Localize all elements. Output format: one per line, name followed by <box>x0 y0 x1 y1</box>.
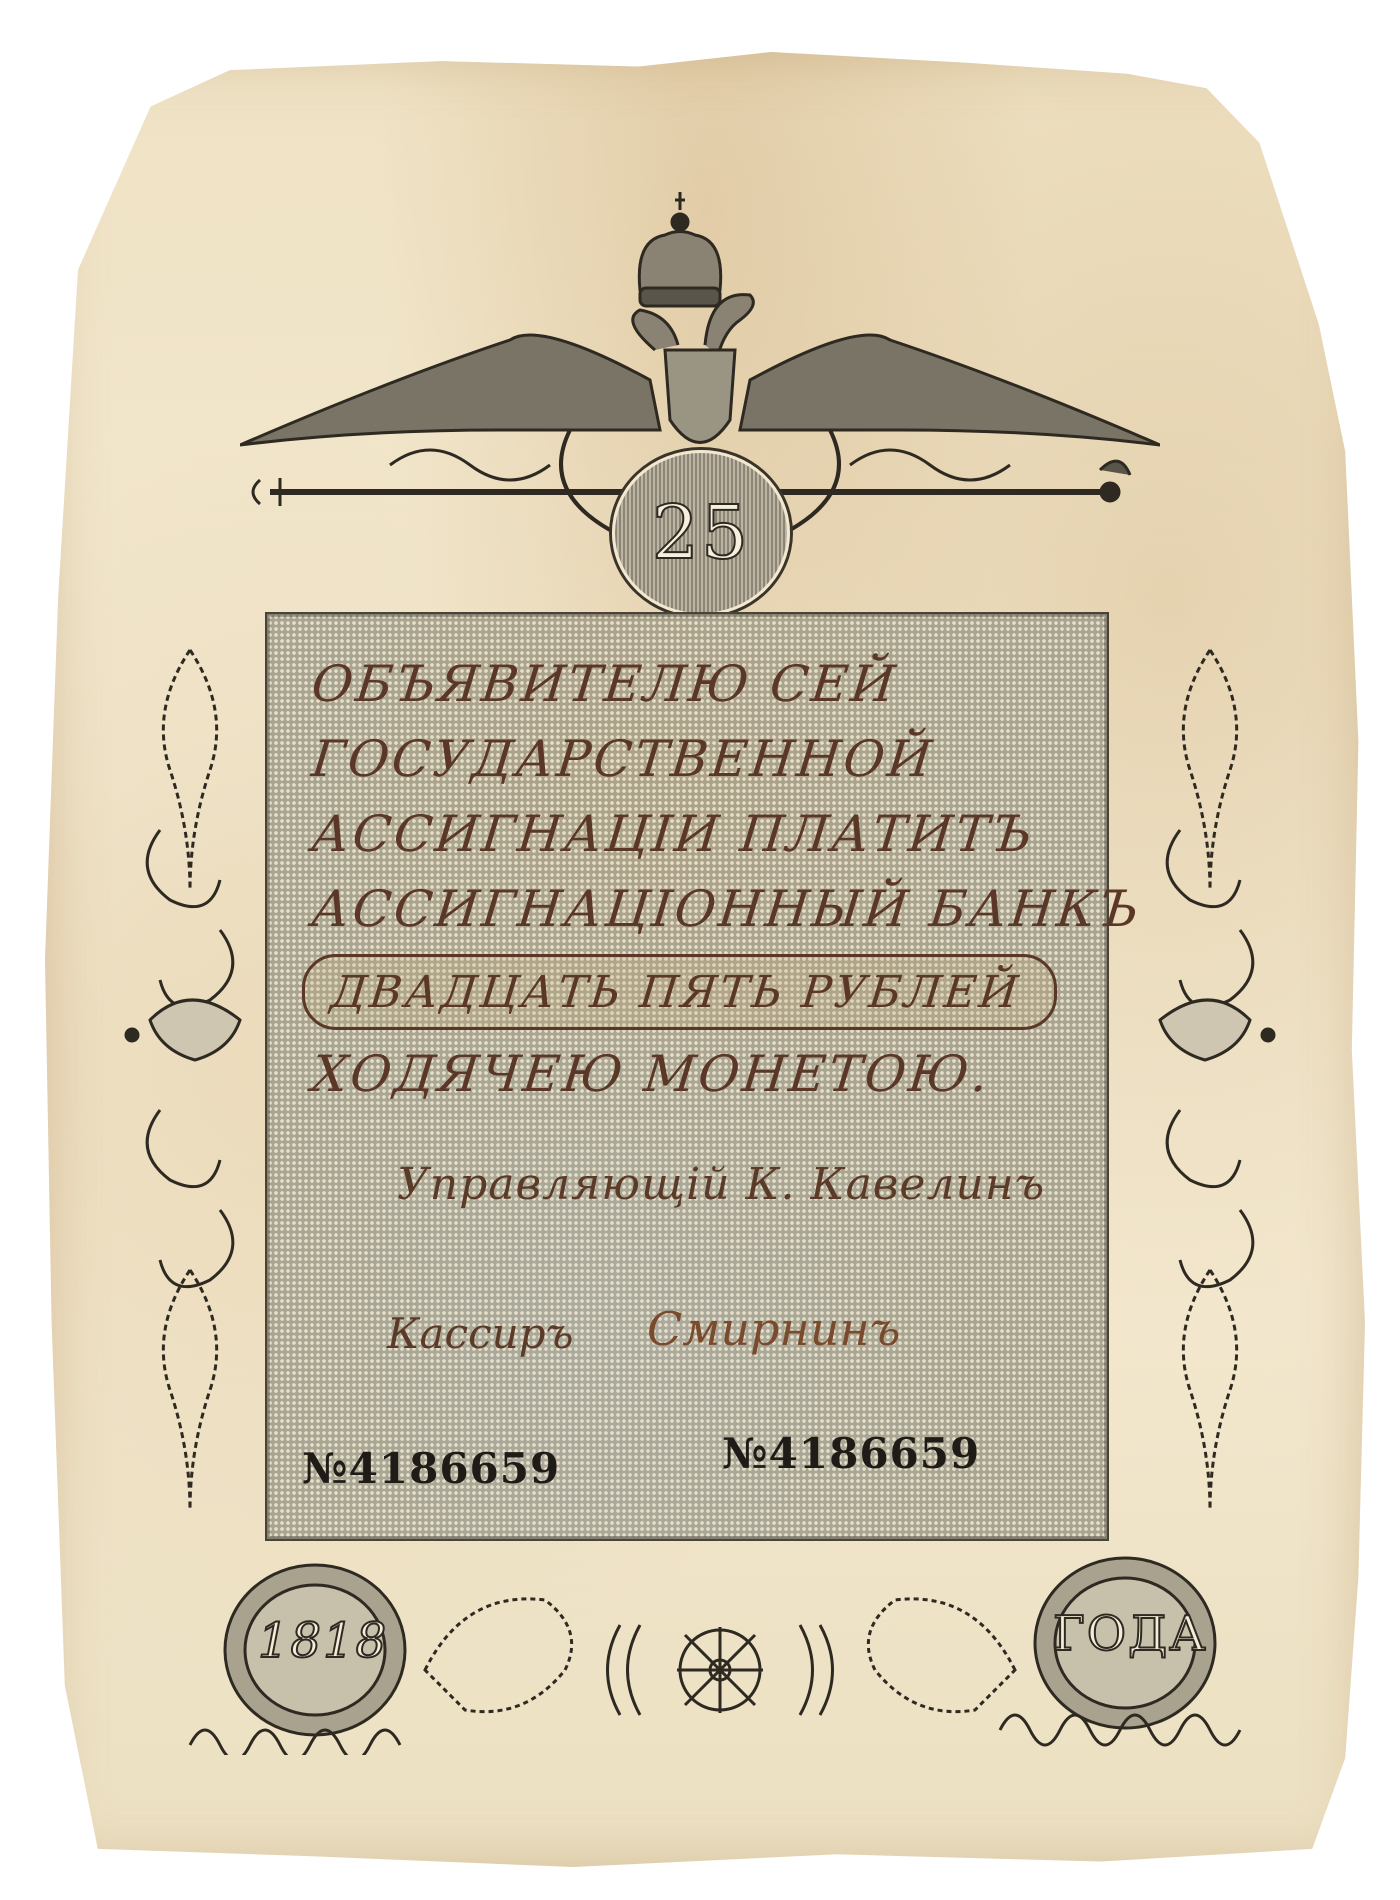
serial-value: 4186659 <box>769 1429 981 1478</box>
cashier-label: Кассиръ <box>387 1309 574 1358</box>
left-crown-ornament <box>120 630 260 1530</box>
director-label: Управляющій <box>397 1159 730 1210</box>
serial-prefix: № <box>722 1429 769 1478</box>
cashier-signature: Смирнинъ <box>647 1302 900 1356</box>
text-line-2: Государственной <box>309 734 1079 784</box>
denomination-medallion: 25 <box>612 450 790 616</box>
amount-cartouche: двадцать пять рублей <box>302 954 1057 1030</box>
text-line-4: Ассигнаціонный Банкъ <box>309 884 1079 934</box>
director-signature-line: Управляющій К. Кавелинъ <box>397 1159 1045 1210</box>
text-line-1: Объявителю сей <box>309 659 1079 709</box>
text-panel: Объявителю сей Государственной Ассигнаці… <box>265 612 1109 1541</box>
text-line-3: Ассигнаціи платитъ <box>309 809 1079 859</box>
issue-year: 1818 <box>258 1613 388 1669</box>
serial-prefix: № <box>302 1444 349 1493</box>
serial-number-left: №4186659 <box>302 1444 560 1493</box>
crown-ornament-icon <box>1140 630 1280 1530</box>
issue-year-suffix: ГОДА <box>1053 1606 1208 1662</box>
denomination-value: 25 <box>652 490 750 576</box>
crown-ornament-icon <box>120 630 260 1530</box>
director-signature: К. Кавелинъ <box>745 1159 1045 1210</box>
amount-text: двадцать пять рублей <box>328 967 1023 1018</box>
serial-number-right: №4186659 <box>722 1429 980 1478</box>
text-line-6: ходячею монетою. <box>309 1049 1079 1099</box>
serial-value: 4186659 <box>349 1444 561 1493</box>
right-crown-ornament <box>1140 630 1280 1530</box>
